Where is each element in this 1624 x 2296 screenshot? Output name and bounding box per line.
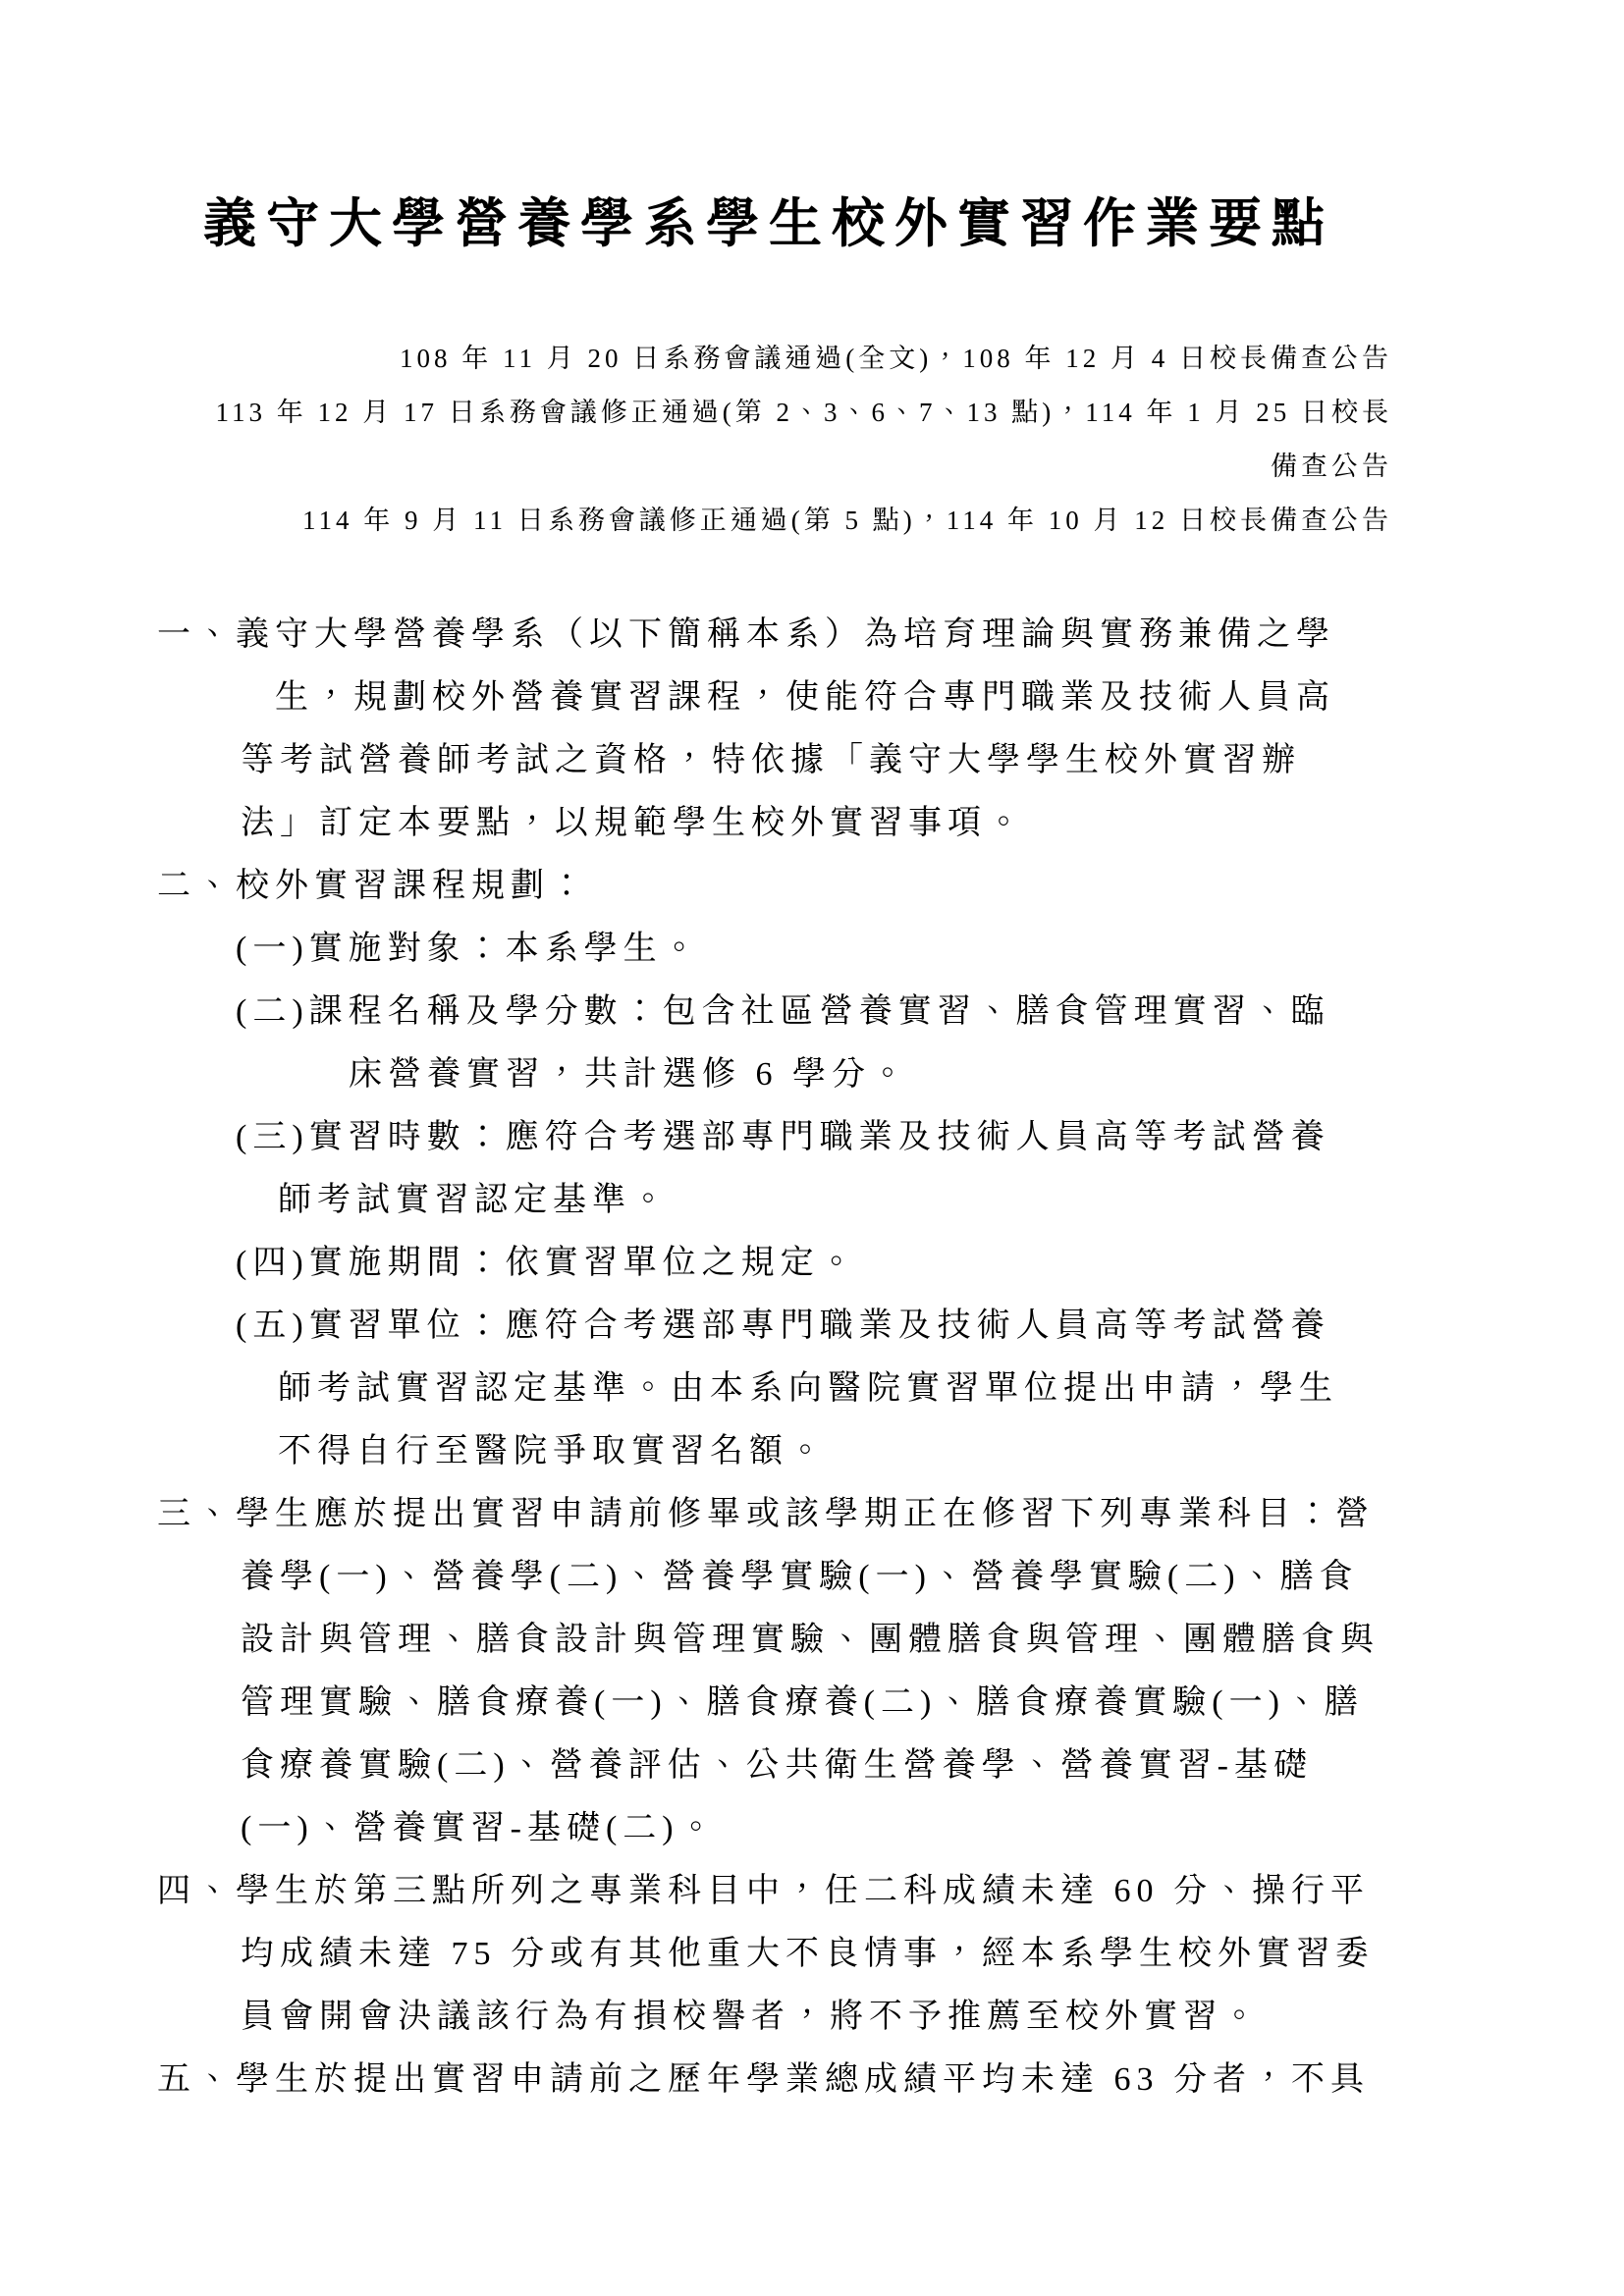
item-line: 員會開會決議該行為有損校譽者，將不予推薦至校外實習。 xyxy=(0,1986,1624,2049)
item-number: 三、 xyxy=(157,1496,236,1532)
item-line: 等考試營養師考試之資格，特依據「義守大學學生校外實習辦 xyxy=(0,729,1624,792)
revision-note-line: 114 年 9 月 11 日系務會議修正通過(第 5 點)，114 年 10 月… xyxy=(0,494,1392,548)
subitem-line: (五)實習單位：應符合考選部專門職業及技術人員高等考試營養 xyxy=(0,1295,1624,1358)
item-line: 食療養實驗(二)、營養評估、公共衛生營養學、營養實習-基礎 xyxy=(0,1735,1624,1797)
item-line: (一)、營養實習-基礎(二)。 xyxy=(0,1797,1624,1860)
document-title: 義守大學營養學系學生校外實習作業要點 xyxy=(0,0,1624,255)
revision-note-line: 108 年 11 月 20 日系務會議通過(全文)，108 年 12 月 4 日… xyxy=(0,332,1392,386)
item-line: 設計與管理、膳食設計與管理實驗、團體膳食與管理、團體膳食與 xyxy=(0,1609,1624,1672)
item-text: 學生應於提出實習申請前修畢或該學期正在修習下列專業科目：營 xyxy=(236,1496,1375,1532)
subitem-line: 床營養實習，共計選修 6 學分。 xyxy=(0,1043,1624,1106)
subitem-line: (四)實施期間：依實習單位之規定。 xyxy=(0,1232,1624,1295)
document-body: 一、義守大學營養學系（以下簡稱本系）為培育理論與實務兼備之學 生，規劃校外營養實… xyxy=(0,604,1624,2111)
item-line: 養學(一)、營養學(二)、營養學實驗(一)、營養學實驗(二)、膳食 xyxy=(0,1546,1624,1609)
item-line: 均成績未達 75 分或有其他重大不良情事，經本系學生校外實習委 xyxy=(0,1923,1624,1986)
subitem-line: 師考試實習認定基準。 xyxy=(0,1169,1624,1232)
item-line: 生，規劃校外營養實習課程，使能符合專門職業及技術人員高 xyxy=(0,667,1624,729)
item-text: 學生於提出實習申請前之歷年學業總成績平均未達 63 分者，不具 xyxy=(236,2061,1370,2098)
item-number: 四、 xyxy=(157,1873,236,1909)
revision-note-line: 備查公告 xyxy=(0,440,1392,494)
subitem-line: (三)實習時數：應符合考選部專門職業及技術人員高等考試營養 xyxy=(0,1106,1624,1169)
subitem-line: (一)實施對象：本系學生。 xyxy=(0,918,1624,981)
item-line: 管理實驗、膳食療養(一)、膳食療養(二)、膳食療養實驗(一)、膳 xyxy=(0,1672,1624,1735)
item-line: 二、校外實習課程規劃： xyxy=(0,855,1624,918)
revision-notes: 108 年 11 月 20 日系務會議通過(全文)，108 年 12 月 4 日… xyxy=(0,332,1624,548)
subitem-line: 師考試實習認定基準。由本系向醫院實習單位提出申請，學生 xyxy=(0,1358,1624,1420)
item-text: 校外實習課程規劃： xyxy=(236,868,589,904)
item-line: 法」訂定本要點，以規範學生校外實習事項。 xyxy=(0,792,1624,855)
item-line: 五、學生於提出實習申請前之歷年學業總成績平均未達 63 分者，不具 xyxy=(0,2049,1624,2111)
revision-note-line: 113 年 12 月 17 日系務會議修正通過(第 2、3、6、7、13 點)，… xyxy=(0,386,1392,440)
item-number: 二、 xyxy=(157,868,236,904)
document-page: 義守大學營養學系學生校外實習作業要點 108 年 11 月 20 日系務會議通過… xyxy=(0,0,1624,2296)
item-text: 義守大學營養學系（以下簡稱本系）為培育理論與實務兼備之學 xyxy=(236,616,1335,653)
subitem-line: (二)課程名稱及學分數：包含社區營養實習、膳食管理實習、臨 xyxy=(0,981,1624,1043)
item-number: 五、 xyxy=(157,2061,236,2098)
item-line: 四、學生於第三點所列之專業科目中，任二科成績未達 60 分、操行平 xyxy=(0,1860,1624,1923)
subitem-line: 不得自行至醫院爭取實習名額。 xyxy=(0,1420,1624,1483)
item-number: 一、 xyxy=(157,616,236,653)
item-text: 學生於第三點所列之專業科目中，任二科成績未達 60 分、操行平 xyxy=(236,1873,1370,1909)
item-line: 三、學生應於提出實習申請前修畢或該學期正在修習下列專業科目：營 xyxy=(0,1483,1624,1546)
item-line: 一、義守大學營養學系（以下簡稱本系）為培育理論與實務兼備之學 xyxy=(0,604,1624,667)
